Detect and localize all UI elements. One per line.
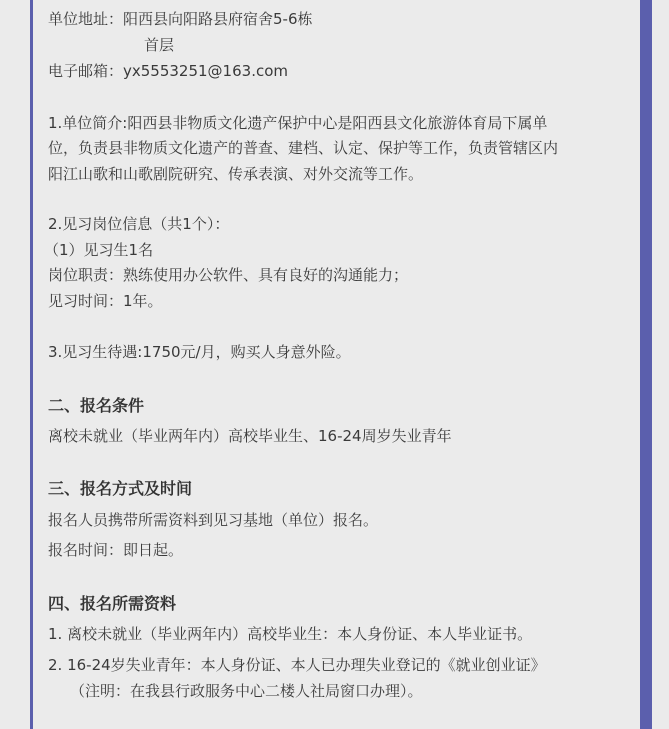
materials-item-2: 2. 16-24岁失业青年：本人身份证、本人已办理失业登记的《就业创业证》 xyxy=(48,655,546,675)
positions-duration: 见习时间：1年。 xyxy=(48,291,163,311)
email-line[interactable]: 电子邮箱：yx5553251@163.com xyxy=(48,61,288,81)
method-line-1: 报名人员携带所需资料到见习基地（单位）报名。 xyxy=(48,510,378,530)
intro-line-2: 位，负责县非物质文化遗产的普查、建档、认定、保护等工作，负责管辖区内 xyxy=(48,138,558,158)
requirements-text: 离校未就业（毕业两年内）高校毕业生、16-24周岁失业青年 xyxy=(48,426,452,446)
positions-item: （1）见习生1名 xyxy=(44,240,153,260)
article-frame xyxy=(30,0,652,729)
section-heading-method: 三、报名方式及时间 xyxy=(48,479,192,499)
section-heading-requirements: 二、报名条件 xyxy=(48,396,144,416)
benefits-line: 3.见习生待遇:1750元/月，购买人身意外险。 xyxy=(48,342,351,362)
materials-item-2-note: （注明：在我县行政服务中心二楼人社局窗口办理）。 xyxy=(70,681,423,701)
address-line-continued: 首层 xyxy=(144,35,174,55)
section-heading-materials: 四、报名所需资料 xyxy=(48,594,176,614)
method-line-2: 报名时间：即日起。 xyxy=(48,540,183,560)
intro-line-3: 阳江山歌和山歌剧院研究、传承表演、对外交流等工作。 xyxy=(48,164,423,184)
intro-line-1: 1.单位简介:阳西县非物质文化遗产保护中心是阳西县文化旅游体育局下属单 xyxy=(48,113,547,133)
positions-duties: 岗位职责：熟练使用办公软件、具有良好的沟通能力； xyxy=(48,265,408,285)
address-line: 单位地址：阳西县向阳路县府宿舍5-6栋 xyxy=(48,9,313,29)
positions-title: 2.见习岗位信息（共1个）： xyxy=(48,214,229,234)
materials-item-1: 1. 离校未就业（毕业两年内）高校毕业生：本人身份证、本人毕业证书。 xyxy=(48,624,532,644)
